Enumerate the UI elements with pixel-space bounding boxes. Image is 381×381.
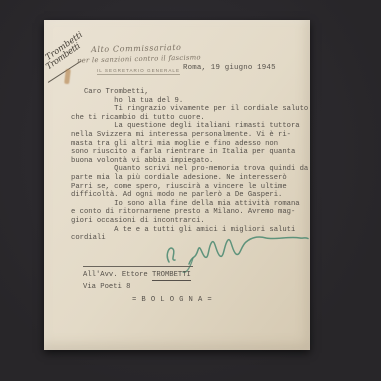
recipient-name-line: All'Avv. Ettore TROMBETTI xyxy=(83,271,191,279)
letterhead-org-subtitle: per le sanzioni contro il fascismo xyxy=(77,53,201,64)
recipient-surname: TROMBETTI xyxy=(152,271,191,281)
recipient-prefix: All'Avv. Ettore xyxy=(83,271,152,279)
dateline: Roma, 19 giugno 1945 xyxy=(183,64,276,72)
photo-background: Trombetti Trombetti Alto Commissariato p… xyxy=(0,0,381,381)
rust-stain xyxy=(64,69,71,84)
signature-stroke-main xyxy=(167,237,308,264)
recipient-street: Via Poeti 8 xyxy=(83,283,130,291)
letter-body: Caro Trombetti, ho la tua del 9. Ti ring… xyxy=(71,88,308,243)
letter-paper: Trombetti Trombetti Alto Commissariato p… xyxy=(44,20,310,350)
recipient-city: = B O L O G N A = xyxy=(132,296,212,304)
typed-separator-line xyxy=(83,266,193,267)
letterhead-org-name: Alto Commissariato xyxy=(91,43,182,54)
letterhead-office-title: IL SEGRETARIO GENERALE xyxy=(97,68,180,75)
